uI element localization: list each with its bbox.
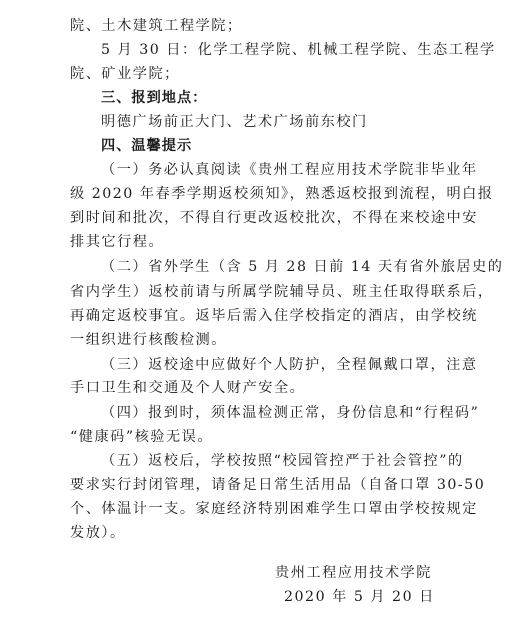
text-line: （三）返校途中应做好个人防护，全程佩戴口罩，注意 [101, 355, 428, 375]
text-line: 发放）。 [70, 523, 428, 543]
section-heading-tips: 四、温馨提示 [101, 136, 428, 156]
text-line: 排其它行程。 [70, 232, 428, 252]
text-line: 要求实行封闭管理，请备足日常生活用品（自备口罩 30-50 [70, 475, 428, 495]
text-line: 院、土木建筑工程学院； [70, 16, 428, 36]
section-heading-location: 三、报到地点： [101, 88, 428, 108]
text-line: “健康码”核验无误。 [70, 427, 428, 447]
text-line: （五）返校后，学校按照“校园管控严于社会管控”的 [101, 451, 428, 471]
text-line: （四）报到时，须体温检测正常，身份信息和“行程码” [101, 403, 428, 423]
signature-organization: 贵州工程应用技术学院 [275, 563, 520, 583]
text-line: 手口卫生和交通及个人财产安全。 [70, 378, 428, 398]
text-line: 个、体温计一支。家庭经济特别困难学生口罩由学校按规定 [70, 499, 428, 519]
text-line: 省内学生）返校前请与所属学院辅导员、班主任取得联系后， [70, 282, 428, 302]
text-line: （一）务必认真阅读《贵州工程应用技术学院非毕业年 [101, 160, 428, 180]
text-line: 院、矿业学院； [70, 64, 428, 84]
text-line: 级 2020 年春季学期返校须知》，熟悉返校报到流程，明白报 [70, 184, 428, 204]
text-line: （二）省外学生（含 5 月 28 日前 14 天有省外旅居史的 [101, 257, 428, 277]
text-line: 明德广场前正大门、艺术广场前东校门 [101, 112, 428, 132]
text-line: 5 月 30 日：化学工程学院、机械工程学院、生态工程学 [101, 40, 428, 60]
text-line: 再确定返校事宜。返毕后需入住学校指定的酒店，由学校统 [70, 306, 428, 326]
signature-date: 2020 年 5 月 20 日 [284, 587, 520, 607]
text-line: 一组织进行核酸检测。 [70, 330, 428, 350]
text-line: 到时间和批次，不得自行更改返校批次，不得在来校途中安 [70, 208, 428, 228]
